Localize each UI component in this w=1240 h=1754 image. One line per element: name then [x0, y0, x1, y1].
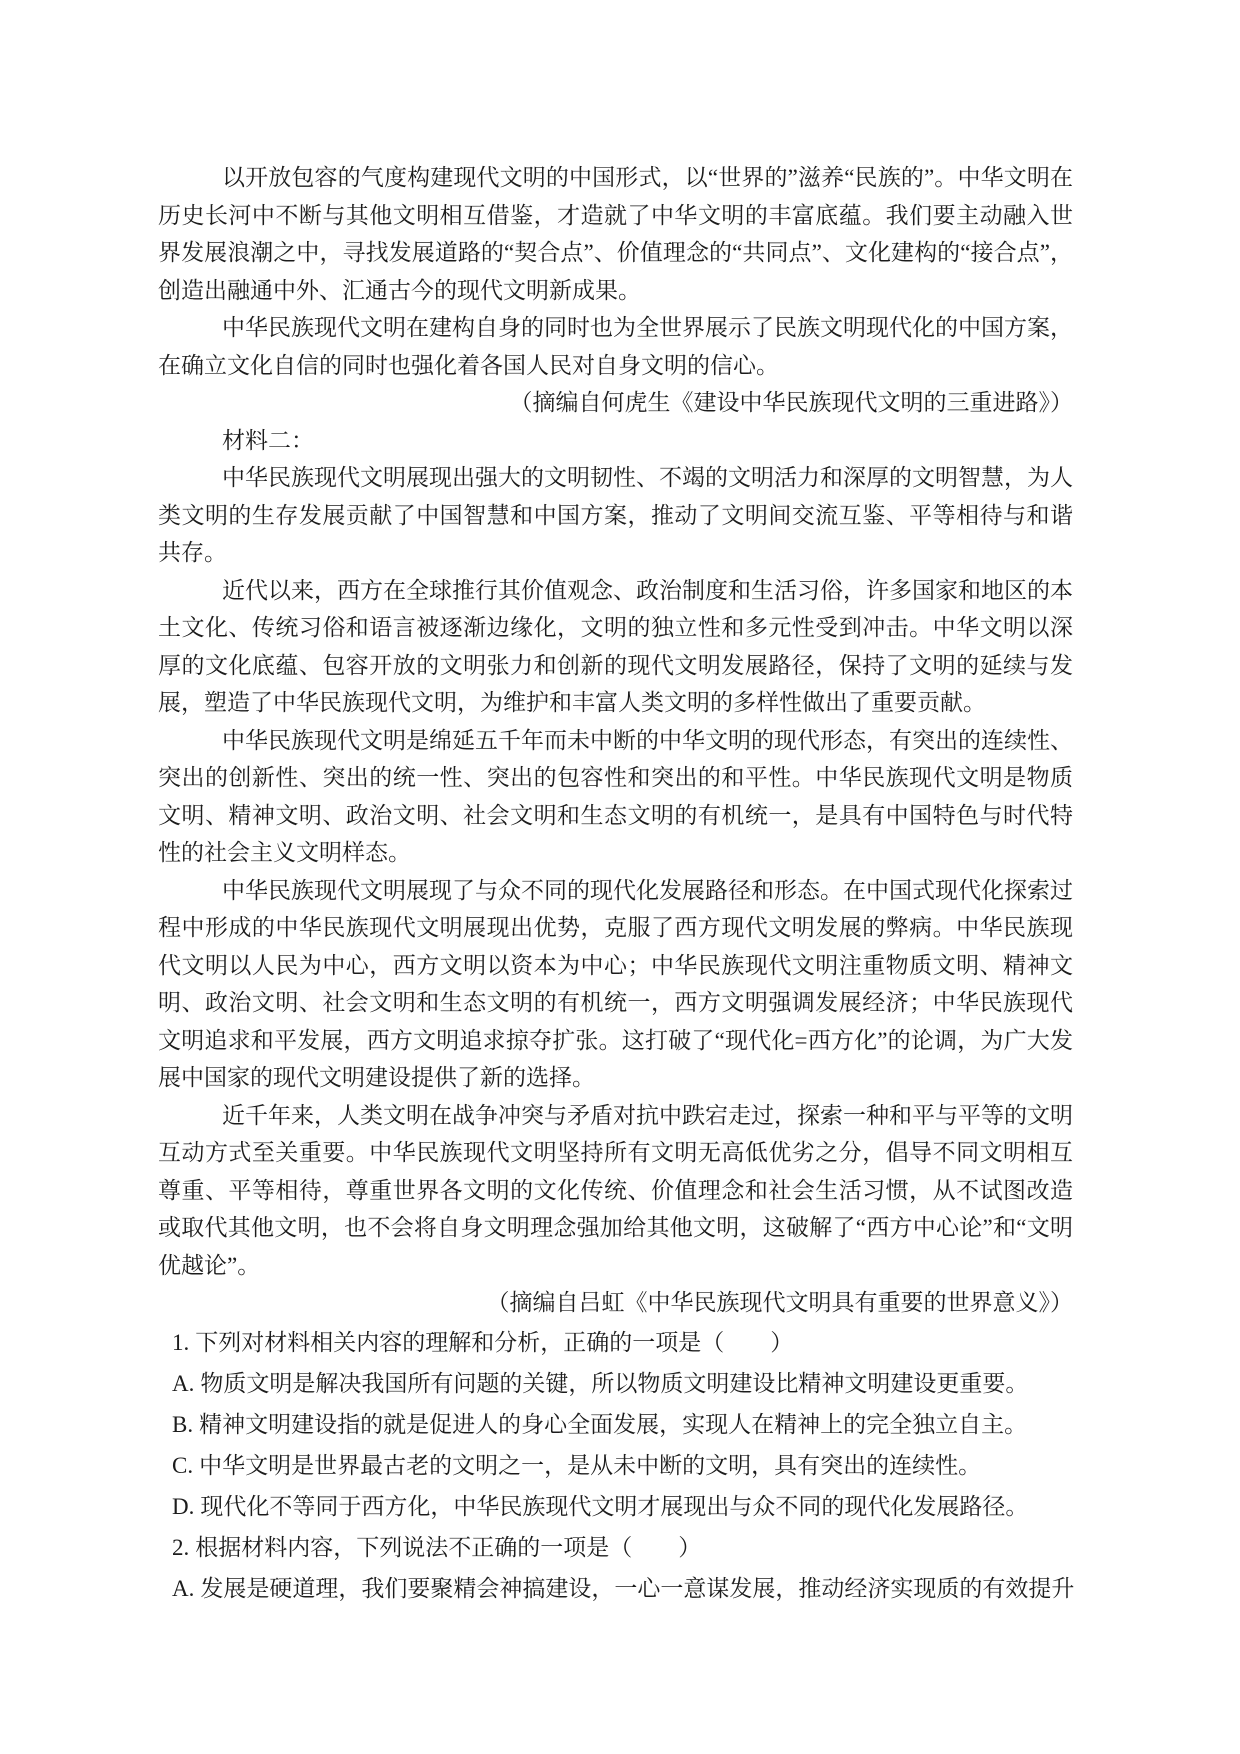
question-1-option-d: D.现代化不等同于西方化，中华民族现代文明才展现出与众不同的现代化发展路径。 [172, 1486, 1073, 1527]
exam-page: 以开放包容的气度构建现代文明的中国形式，以“世界的”滋养“民族的”。中华文明在历… [0, 0, 1240, 1754]
question-2-number: 2. [172, 1527, 189, 1568]
question-2-stem: 2.根据材料内容，下列说法不正确的一项是（ ） [172, 1527, 1073, 1568]
question-1-option-d-label: D. [172, 1486, 194, 1527]
page-content: 以开放包容的气度构建现代文明的中国形式，以“世界的”滋养“民族的”。中华文明在历… [158, 159, 1073, 1609]
reading-passage: 以开放包容的气度构建现代文明的中国形式，以“世界的”滋养“民族的”。中华文明在历… [158, 159, 1073, 1322]
question-1-option-b: B.精神文明建设指的就是促进人的身心全面发展，实现人在精神上的完全独立自主。 [172, 1404, 1073, 1445]
question-section: 1.下列对材料相关内容的理解和分析，正确的一项是（ ） A.物质文明是解决我国所… [158, 1322, 1073, 1609]
question-1-number: 1. [172, 1322, 189, 1363]
question-1-option-a-label: A. [172, 1363, 194, 1404]
question-1-option-b-text: 精神文明建设指的就是促进人的身心全面发展，实现人在精神上的完全独立自主。 [199, 1412, 1027, 1437]
material-two-citation: （摘编自吕虹《中华民族现代文明具有重要的世界意义》） [158, 1284, 1073, 1322]
question-1-option-c-text: 中华文明是世界最古老的文明之一，是从未中断的文明，具有突出的连续性。 [199, 1453, 981, 1478]
question-1-option-c-label: C. [172, 1445, 193, 1486]
material-one-citation: （摘编自何虎生《建设中华民族现代文明的三重进路》） [158, 384, 1073, 422]
question-1-stem: 1.下列对材料相关内容的理解和分析，正确的一项是（ ） [172, 1322, 1073, 1363]
material-two-paragraph-3: 中华民族现代文明是绵延五千年而未中断的中华文明的现代形态，有突出的连续性、突出的… [158, 722, 1073, 872]
question-1-option-c: C.中华文明是世界最古老的文明之一，是从未中断的文明，具有突出的连续性。 [172, 1445, 1073, 1486]
question-1-option-d-text: 现代化不等同于西方化，中华民族现代文明才展现出与众不同的现代化发展路径。 [200, 1494, 1028, 1519]
question-1-stem-text: 下列对材料相关内容的理解和分析，正确的一项是（ ） [195, 1330, 793, 1355]
question-2-stem-text: 根据材料内容，下列说法不正确的一项是（ ） [195, 1535, 701, 1560]
question-1-option-a: A.物质文明是解决我国所有问题的关键，所以物质文明建设比精神文明建设更重要。 [172, 1363, 1073, 1404]
question-1-option-a-text: 物质文明是解决我国所有问题的关键，所以物质文明建设比精神文明建设更重要。 [200, 1371, 1028, 1396]
material-two-paragraph-4: 中华民族现代文明展现了与众不同的现代化发展路径和形态。在中国式现代化探索过程中形… [158, 872, 1073, 1097]
question-2-option-a-text: 发展是硬道理，我们要聚精会神搞建设，一心一意谋发展，推动经济实现质的有效提升 [200, 1576, 1074, 1601]
material-two-paragraph-2: 近代以来，西方在全球推行其价值观念、政治制度和生活习俗，许多国家和地区的本土文化… [158, 572, 1073, 722]
material-one-paragraph-1: 以开放包容的气度构建现代文明的中国形式，以“世界的”滋养“民族的”。中华文明在历… [158, 159, 1073, 309]
material-two-heading: 材料二： [158, 422, 1073, 460]
question-2-option-a-label: A. [172, 1568, 194, 1609]
question-1-option-b-label: B. [172, 1404, 193, 1445]
material-two-paragraph-5: 近千年来，人类文明在战争冲突与矛盾对抗中跌宕走过，探索一种和平与平等的文明互动方… [158, 1097, 1073, 1285]
material-one-paragraph-2: 中华民族现代文明在建构自身的同时也为全世界展示了民族文明现代化的中国方案，在确立… [158, 309, 1073, 384]
question-2-option-a: A.发展是硬道理，我们要聚精会神搞建设，一心一意谋发展，推动经济实现质的有效提升 [172, 1568, 1073, 1609]
material-two-paragraph-1: 中华民族现代文明展现出强大的文明韧性、不竭的文明活力和深厚的文明智慧，为人类文明… [158, 459, 1073, 572]
